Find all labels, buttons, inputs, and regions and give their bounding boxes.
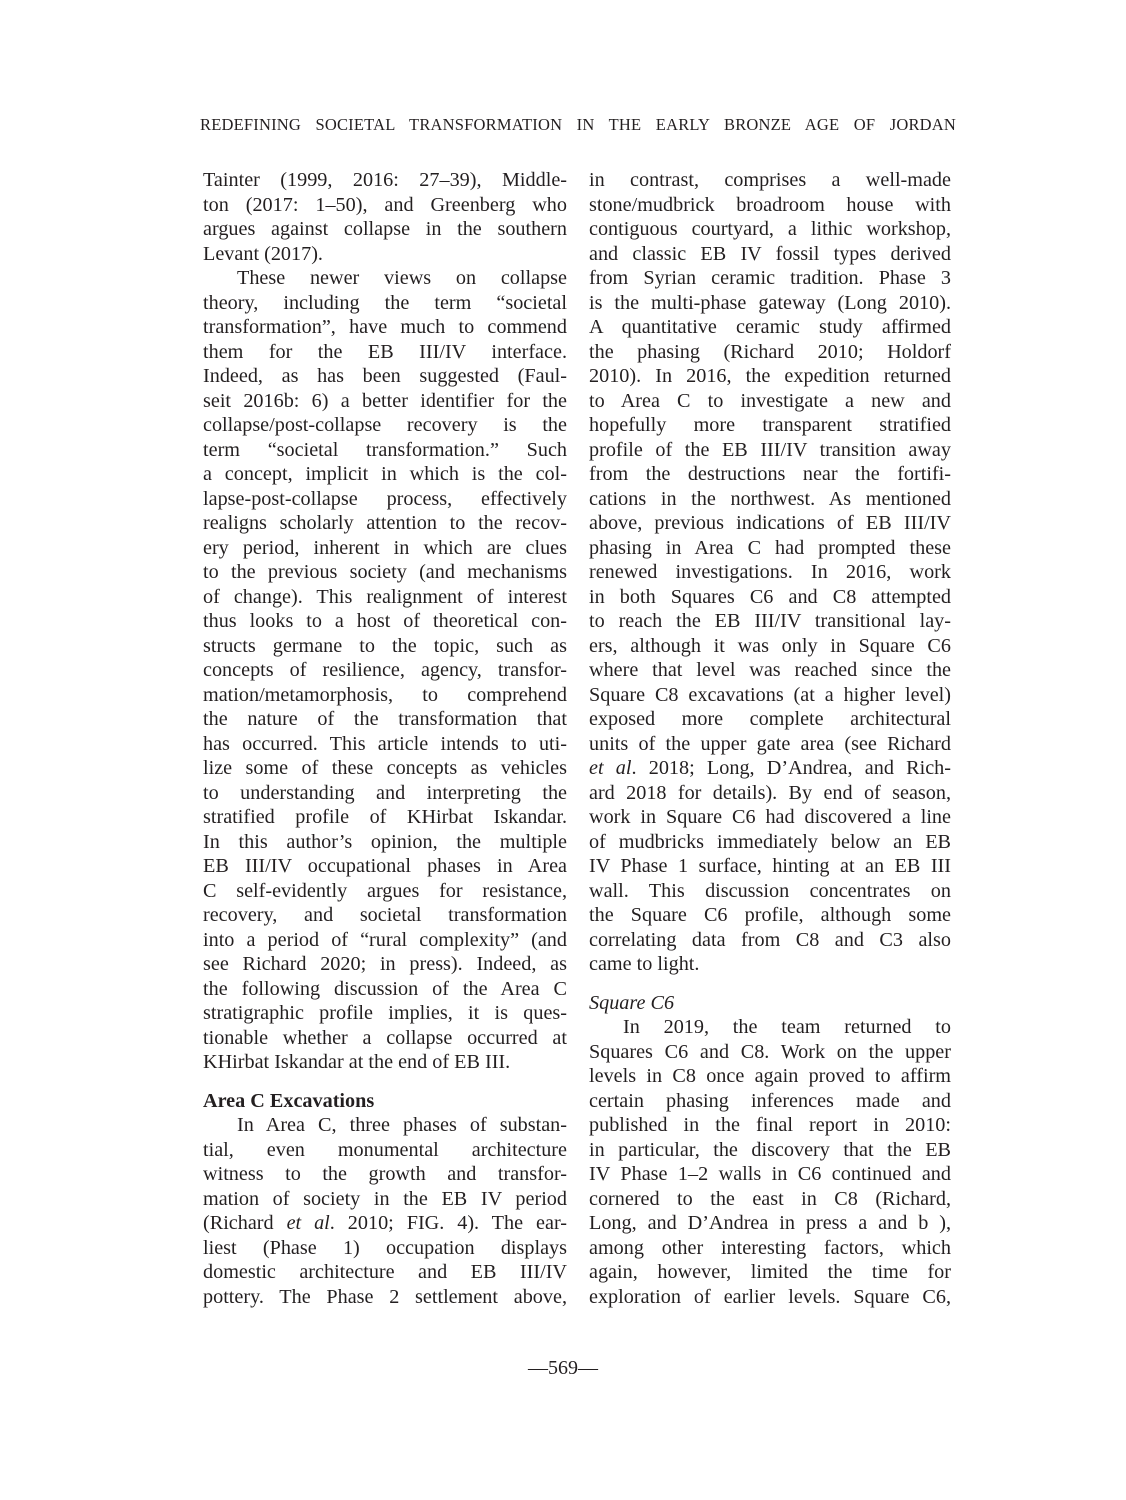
text-line: realigns scholarly attention to the reco… [203,511,567,536]
text-line: has occurred. This article intends to ut… [203,732,567,757]
text-line: and classic EB IV fossil types derived [589,242,951,267]
text-line: where that level was reached since the [589,658,951,683]
text-line: EB III/IV occupational phases in Area [203,854,567,879]
text-line: argues against collapse in the southern [203,217,567,242]
spacer [203,1075,567,1089]
text-line: among other interesting factors, which [589,1236,951,1261]
text-line: wall. This discussion concentrates on [589,879,951,904]
text-line: them for the EB III/IV interface. [203,340,567,365]
text-line: published in the final report in 2010: [589,1113,951,1138]
text-line: a concept, implicit in which is the col- [203,462,567,487]
text-line: cations in the northwest. As mentioned [589,487,951,512]
text-line: term “societal transformation.” Such [203,438,567,463]
text-line: in both Squares C6 and C8 attempted [589,585,951,610]
text-line: from Syrian ceramic tradition. Phase 3 [589,266,951,291]
text-line: is the multi-phase gateway (Long 2010). [589,291,951,316]
text-line: the phasing (Richard 2010; Holdorf [589,340,951,365]
text-line: theory, including the term “societal [203,291,567,316]
italic-et-al: et al [287,1212,330,1234]
text-line: transformation”, have much to commend [203,315,567,340]
text-line: came to light. [589,952,951,977]
text-line: A quantitative ceramic study affirmed [589,315,951,340]
text-line: from the destructions near the fortifi- [589,462,951,487]
text-line: domestic architecture and EB III/IV [203,1260,567,1285]
text-line: phasing in Area C had prompted these [589,536,951,561]
text-line: lize some of these concepts as vehicles [203,756,567,781]
text-line: In this author’s opinion, the multiple [203,830,567,855]
text-line: to the previous society (and mechanisms [203,560,567,585]
running-head: REDEFINING SOCIETAL TRANSFORMATION IN TH… [200,115,956,135]
text-line: tial, even monumental architecture [203,1138,567,1163]
text-line: stratified profile of KHirbat Iskandar. [203,805,567,830]
text-line: lapse-post-collapse process, effectively [203,487,567,512]
text-line: exposed more complete architectural [589,707,951,732]
text-line: witness to the growth and transfor- [203,1162,567,1187]
text-line: ery period, inherent in which are clues [203,536,567,561]
text-line: liest (Phase 1) occupation displays [203,1236,567,1261]
italic-et-al: et al [589,757,631,779]
text-line: levels in C8 once again proved to affirm [589,1064,951,1089]
text-line: mation of society in the EB IV period [203,1187,567,1212]
text-line: mation/metamorphosis, to comprehend [203,683,567,708]
text-line: ers, although it was only in Square C6 [589,634,951,659]
text-line: certain phasing inferences made and [589,1089,951,1114]
paragraph-collapse-theory: These newer views on collapse theory, in… [203,266,567,1075]
text-line: in particular, the discovery that the EB [589,1138,951,1163]
text-line: hopefully more transparent stratified [589,413,951,438]
paragraph-area-c: In Area C, three phases of substan- tial… [203,1113,567,1309]
text-line: thus looks to a host of theoretical con- [203,609,567,634]
text-line: see Richard 2020; in press). Indeed, as [203,952,567,977]
text-line: concepts of resilience, agency, transfor… [203,658,567,683]
right-column: in contrast, comprises a well-made stone… [589,168,951,1309]
text-line: to understanding and interpreting the [203,781,567,806]
spacer [589,977,951,991]
text-line: C self-evidently argues for resistance, [203,879,567,904]
text-line: IV Phase 1–2 walls in C6 continued and [589,1162,951,1187]
text-line: to reach the EB III/IV transitional lay- [589,609,951,634]
text-line: exploration of earlier levels. Square C6… [589,1285,951,1310]
text-line: tionable whether a collapse occurred at [203,1026,567,1051]
text-line: renewed investigations. In 2016, work [589,560,951,585]
text-line: units of the upper gate area (see Richar… [589,732,951,757]
paragraph-phase-2-contrast: in contrast, comprises a well-made stone… [589,168,951,977]
text-line: These newer views on collapse [203,266,567,291]
text-line: ard 2018 for details). By end of season, [589,781,951,806]
text-line: above, previous indications of EB III/IV [589,511,951,536]
text-line: contiguous courtyard, a lithic workshop, [589,217,951,242]
text-line: structs germane to the topic, such as [203,634,567,659]
text-line: correlating data from C8 and C3 also [589,928,951,953]
page-number: —569— [0,1357,1126,1380]
text-fragment: (Richard [203,1212,287,1234]
text-line: Levant (2017). [203,242,567,267]
text-line: to Area C to investigate a new and [589,389,951,414]
text-fragment: . 2018; Long, D’Andrea, and Rich- [631,757,951,779]
paragraph-square-c6: In 2019, the team returned to Squares C6… [589,1015,951,1309]
text-line: IV Phase 1 surface, hinting at an EB III [589,854,951,879]
text-line: in contrast, comprises a well-made [589,168,951,193]
text-line: profile of the EB III/IV transition away [589,438,951,463]
text-line: In 2019, the team returned to [589,1015,951,1040]
text-line: stone/mudbrick broadroom house with [589,193,951,218]
text-line: Square C8 excavations (at a higher level… [589,683,951,708]
text-line: Long, and D’Andrea in press a and b ), [589,1211,951,1236]
text-line: stratigraphic profile implies, it is que… [203,1001,567,1026]
paragraph-tainter: Tainter (1999, 2016: 27–39), Middle- ton… [203,168,567,266]
text-line: work in Square C6 had discovered a line [589,805,951,830]
text-line: recovery, and societal transformation [203,903,567,928]
text-line: KHirbat Iskandar at the end of EB III. [203,1050,567,1075]
text-line: Tainter (1999, 2016: 27–39), Middle- [203,168,567,193]
text-line: seit 2016b: 6) a better identifier for t… [203,389,567,414]
text-line: of change). This realignment of interest [203,585,567,610]
text-line: In Area C, three phases of substan- [203,1113,567,1138]
text-line: again, however, limited the time for [589,1260,951,1285]
text-line: ton (2017: 1–50), and Greenberg who [203,193,567,218]
text-line: the nature of the transformation that [203,707,567,732]
text-line: 2010). In 2016, the expedition returned [589,364,951,389]
text-line: Squares C6 and C8. Work on the upper [589,1040,951,1065]
text-line: into a period of “rural complexity” (and [203,928,567,953]
text-line: the Square C6 profile, although some [589,903,951,928]
subsection-heading: Square C6 [589,991,951,1016]
text-line: the following discussion of the Area C [203,977,567,1002]
text-line: of mudbricks immediately below an EB [589,830,951,855]
text-line: Indeed, as has been suggested (Faul- [203,364,567,389]
text-line: cornered to the east in C8 (Richard, [589,1187,951,1212]
text-line: pottery. The Phase 2 settlement above, [203,1285,567,1310]
text-fragment: . 2010; FIG. 4). The ear- [330,1212,567,1234]
text-line: collapse/post-collapse recovery is the [203,413,567,438]
left-column: Tainter (1999, 2016: 27–39), Middle- ton… [203,168,567,1309]
section-heading: Area C Excavations [203,1089,567,1114]
text-line-with-citation: et al. 2018; Long, D’Andrea, and Rich- [589,756,951,781]
text-line-with-citation: (Richard et al. 2010; FIG. 4). The ear- [203,1211,567,1236]
